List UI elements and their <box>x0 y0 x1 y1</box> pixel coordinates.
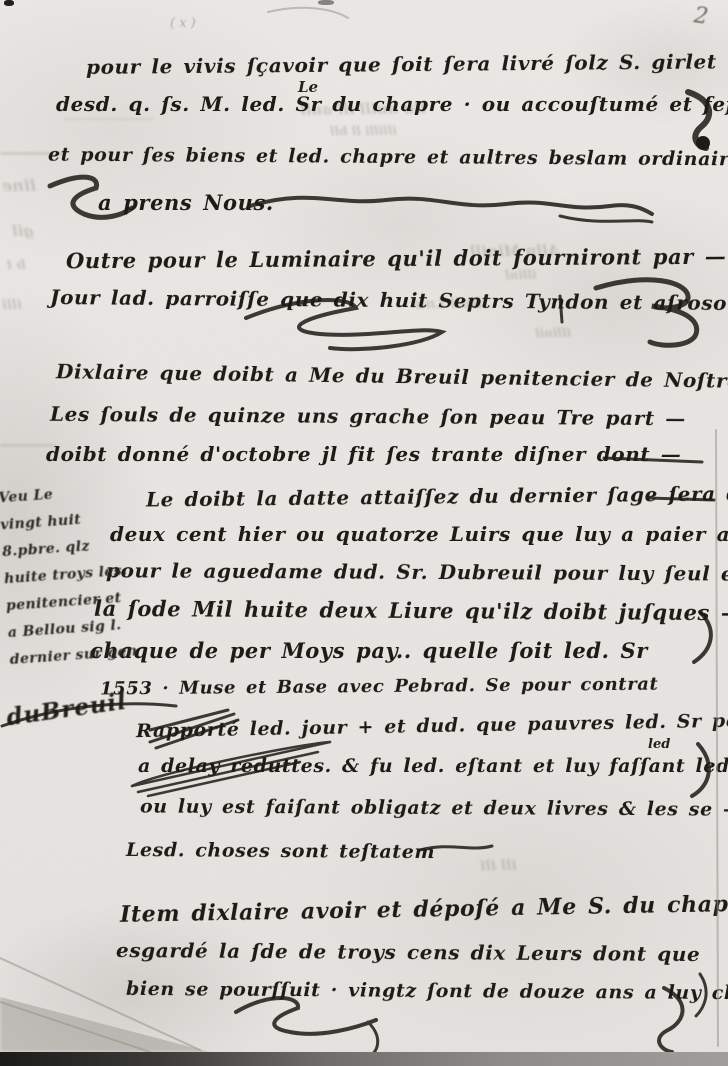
manuscript-line: Le doibt la datte attaiſſez du dernier ſ… <box>146 481 728 512</box>
scanner-edge <box>0 1052 728 1066</box>
manuscript-line: 1553 · Muse et Base avec Pebrad. Se pour… <box>100 674 659 700</box>
manuscript-line: a prens Nous. <box>98 190 274 215</box>
bottom-paraph <box>236 998 376 1034</box>
manuscript-line: chaque de per Moys pay.. quelle ſoit led… <box>90 638 648 663</box>
manuscript-line: Dixlaire que doibt a Me du Breuil penite… <box>56 359 728 393</box>
manuscript-line: bien se pourſſuit · vingtz ſont de douze… <box>126 978 728 1004</box>
margin-signature: duBreuil <box>5 688 129 732</box>
manuscript-line: doibt donné d'octobre jl fit ſes trante … <box>46 442 681 466</box>
manuscript-line: la ſode Mil huite deux Liure qu'ilz doib… <box>94 596 728 626</box>
manuscript-line: Outre pour le Luminaire qu'il doit fourn… <box>66 244 727 274</box>
ink-bleedthrough-mark: illilli ll bll <box>330 124 397 139</box>
fold-corner <box>0 952 210 1052</box>
manuscript-line: Jour lad. parroiſſe que dix huit Septrs … <box>50 285 728 315</box>
manuscript-line: pour le vivis ſçavoir que ſoit ſera livr… <box>86 49 728 79</box>
line-end-flourish <box>250 198 652 214</box>
manuscript-line: Lesd. choses sont teſtatem <box>126 839 435 863</box>
interline-insertion: Le <box>298 78 318 96</box>
faint-top-curve <box>268 8 348 18</box>
manuscript-line: deux cent hier ou quatorze Luirs que luy… <box>110 522 728 546</box>
ink-bleedthrough-mark: illi <box>2 298 22 313</box>
line-end-flourish <box>560 216 652 222</box>
scan-speck <box>318 0 334 5</box>
faint-x-mark: ( x ) <box>170 16 196 31</box>
manuscript-line: ou luy est faiſant obligatz et deux livr… <box>140 795 728 820</box>
ink-bleedthrough-mark: ill ili <box>480 858 517 875</box>
manuscript-line: Item dixlaire avoir et dépoſé a Me S. du… <box>120 890 728 928</box>
ink-bleedthrough-mark: illinil <box>535 326 571 341</box>
manuscript-line: et pour ſes biens et led. chapre et ault… <box>48 144 728 171</box>
manuscript-line: esgardé la ſde de troys cens dix Leurs d… <box>116 938 700 966</box>
manuscript-page: 2 ( x ) llu nuill ill aull illilli ll bl… <box>0 0 728 1066</box>
ink-bleedthrough-mark: gil <box>12 222 34 240</box>
ink-bleedthrough-mark: line <box>2 176 36 195</box>
manuscript-line: Rapporté led. jour + et dud. que pauvres… <box>136 708 728 742</box>
margin-note: Veu Le vingt huit 8.pbre. qlz huite troy… <box>0 475 160 674</box>
manuscript-line: desd. q. ſs. M. led. Sr du chapre · ou a… <box>56 92 728 116</box>
scan-speck <box>4 0 14 6</box>
manuscript-line: a delay reduttes. & fu led. eſtant et lu… <box>138 755 728 777</box>
manuscript-line: Les ſouls de quinze uns grache ſon peau … <box>50 402 686 430</box>
ink-smudge <box>64 118 154 120</box>
page-number: 2 <box>692 3 709 30</box>
ink-bleedthrough-mark: b t <box>6 258 26 273</box>
manuscript-line: pour le aguedame dud. Sr. Dubreuil pour … <box>106 558 728 586</box>
interline-insertion: led <box>648 737 670 752</box>
